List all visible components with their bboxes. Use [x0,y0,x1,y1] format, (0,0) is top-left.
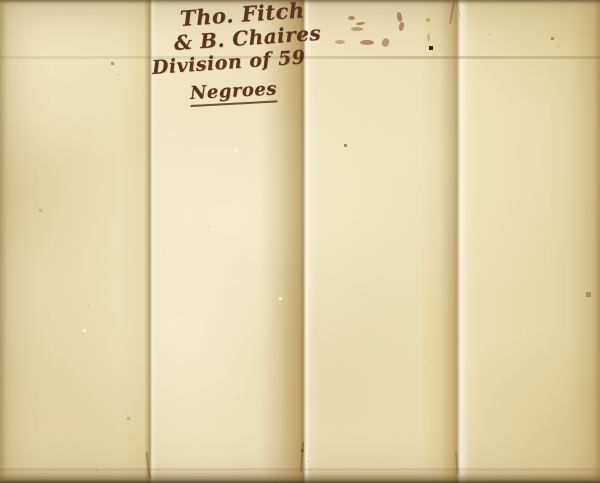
stain-blot [356,21,365,25]
paper-edge-left [0,0,7,483]
stain-blot [335,40,345,44]
stain-cluster [330,8,442,54]
stain-blot [398,22,405,32]
stain-blot [360,40,374,45]
stain-blot [427,33,430,42]
stain-blot [426,18,430,22]
document-scan: Tho. Fitch & B. Chaires Division of 59 N… [0,0,600,483]
docket-line-4-underlined: Negroes [189,78,277,107]
paper-fibre-flecks [0,0,1,1]
stain-blot [348,16,355,20]
stain-blot [351,27,363,31]
stain-blot [381,37,391,48]
paper-edge-right [593,0,600,483]
ink-dot [429,46,433,50]
stain-blot [396,12,403,23]
fold-crease-right [440,0,468,483]
fold-crease-center [258,0,310,483]
